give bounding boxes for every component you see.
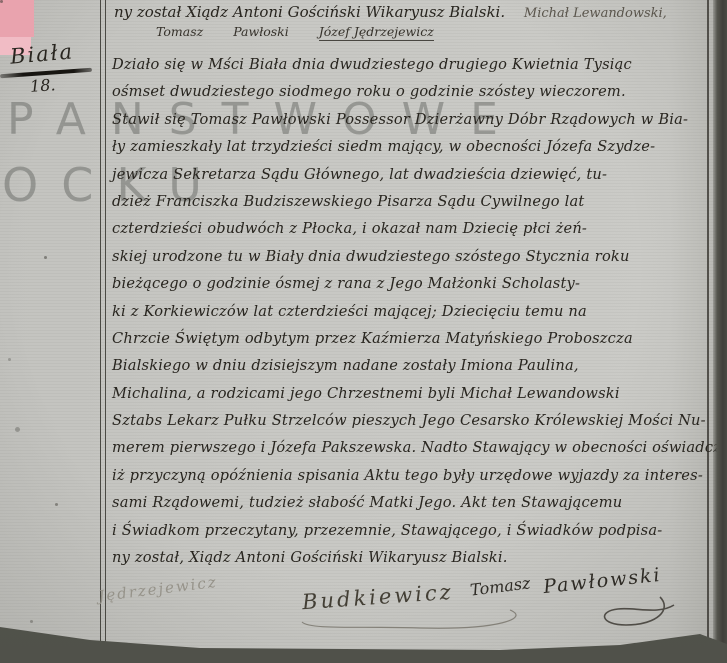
manuscript-line: i Świadkom przeczytany, przezemnie, Staw… [112, 517, 710, 544]
previous-act-margin-note: Michał Lewandowski, [524, 6, 667, 21]
margin-rule-left [100, 0, 101, 646]
manuscript-line: czterdzieści obudwóch z Płocka, i okazał… [112, 215, 710, 242]
ink-specks [0, 0, 3, 3]
manuscript-line: Michalina, a rodzicami jego Chrzestnemi … [112, 380, 710, 407]
previous-act-fragment: ny został Xiądz Antoni Gościński Wikaryu… [114, 3, 667, 39]
previous-act-signature-row: Tomasz Pawłoski Józef Jędrzejewicz [156, 24, 667, 39]
manuscript-line: ośmset dwudziestego siodmego roku o godz… [112, 78, 710, 105]
manuscript-line: sami Rządowemi, tudzież słabość Matki Je… [112, 489, 710, 516]
previous-act-signature-2: Pawłoski [233, 24, 289, 39]
manuscript-line: Chrzcie Świętym odbytym przez Kaźmierza … [112, 325, 710, 352]
manuscript-line: Bialskiego w dniu dzisiejszym nadane zos… [112, 352, 710, 379]
signature-flourish [540, 595, 680, 631]
margin-rule-left-double [105, 0, 106, 646]
previous-act-closing-text: ny został Xiądz Antoni Gościński Wikaryu… [114, 3, 505, 21]
manuscript-line: Działo się w Mści Biała dnia dwudziesteg… [112, 51, 710, 78]
manuscript-line: merem pierwszego i Józefa Pakszewska. Na… [112, 434, 710, 461]
signature-underflourish [300, 608, 550, 634]
previous-act-closing-line: ny został Xiądz Antoni Gościński Wikaryu… [114, 3, 667, 21]
registry-scan-page: PANSTWOWE OCKU Biała 18. ny został Xiądz… [0, 0, 727, 663]
previous-act-signature-1: Tomasz [156, 24, 203, 39]
manuscript-line: dzież Franciszka Budziszewskiego Pisarza… [112, 188, 710, 215]
page-edge-right [713, 0, 727, 663]
manuscript-line: bieżącego o godzinie ósmej z rana z Jego… [112, 270, 710, 297]
pink-archival-tab [0, 0, 34, 37]
manuscript-line: Stawił się Tomasz Pawłowski Possessor Dz… [112, 106, 710, 133]
manuscript-line: ły zamieszkały lat trzydzieści siedm maj… [112, 133, 710, 160]
margin-act-number: 18. [29, 75, 56, 96]
manuscript-line: ki z Korkiewiczów lat czterdzieści mając… [112, 298, 710, 325]
manuscript-line: jewicza Sekretarza Sądu Głównego, lat dw… [112, 161, 710, 188]
act-body-text: Działo się w Mści Biała dnia dwudziesteg… [112, 51, 710, 571]
manuscript-line: iż przyczyną opóźnienia spisania Aktu te… [112, 462, 710, 489]
manuscript-line: skiej urodzone tu w Biały dnia dwudziest… [112, 243, 710, 270]
manuscript-line: Sztabs Lekarz Pułku Strzelców pieszych J… [112, 407, 710, 434]
previous-act-signature-3: Józef Jędrzejewicz [319, 24, 434, 41]
